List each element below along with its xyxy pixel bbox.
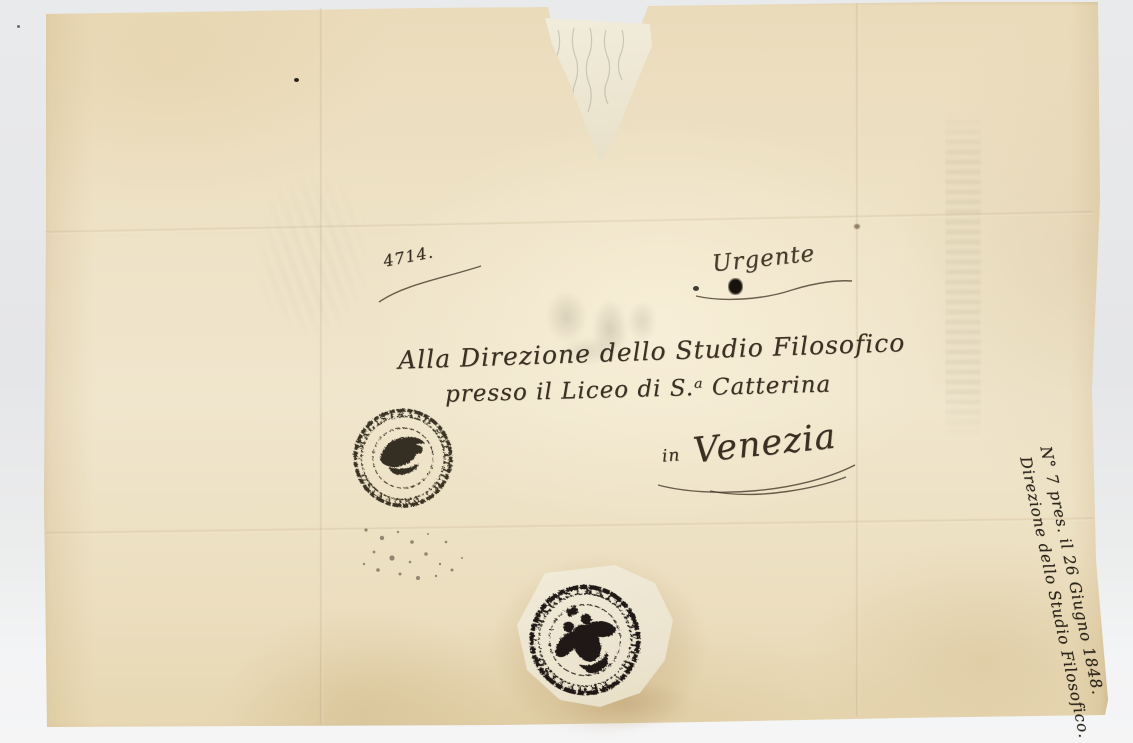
ink-blot	[728, 278, 743, 295]
show-through-text-left	[255, 175, 370, 340]
winged-lion-emblem-icon	[376, 433, 430, 480]
ink-speck	[294, 78, 299, 82]
show-through-text-right	[945, 110, 981, 440]
photo-stage: 4714. Urgente Alla Direzione dello Studi…	[0, 0, 1133, 743]
background-speck	[17, 25, 20, 28]
ink-speckles	[352, 512, 487, 590]
reference-flourish	[375, 260, 487, 308]
fold-crease-vertical-left	[320, 8, 323, 724]
city-underline-flourish	[650, 455, 865, 503]
fold-crease-vertical-right	[856, 3, 859, 716]
fold-intersection-mark	[854, 224, 860, 229]
urgency-underline-flourish	[692, 272, 857, 307]
